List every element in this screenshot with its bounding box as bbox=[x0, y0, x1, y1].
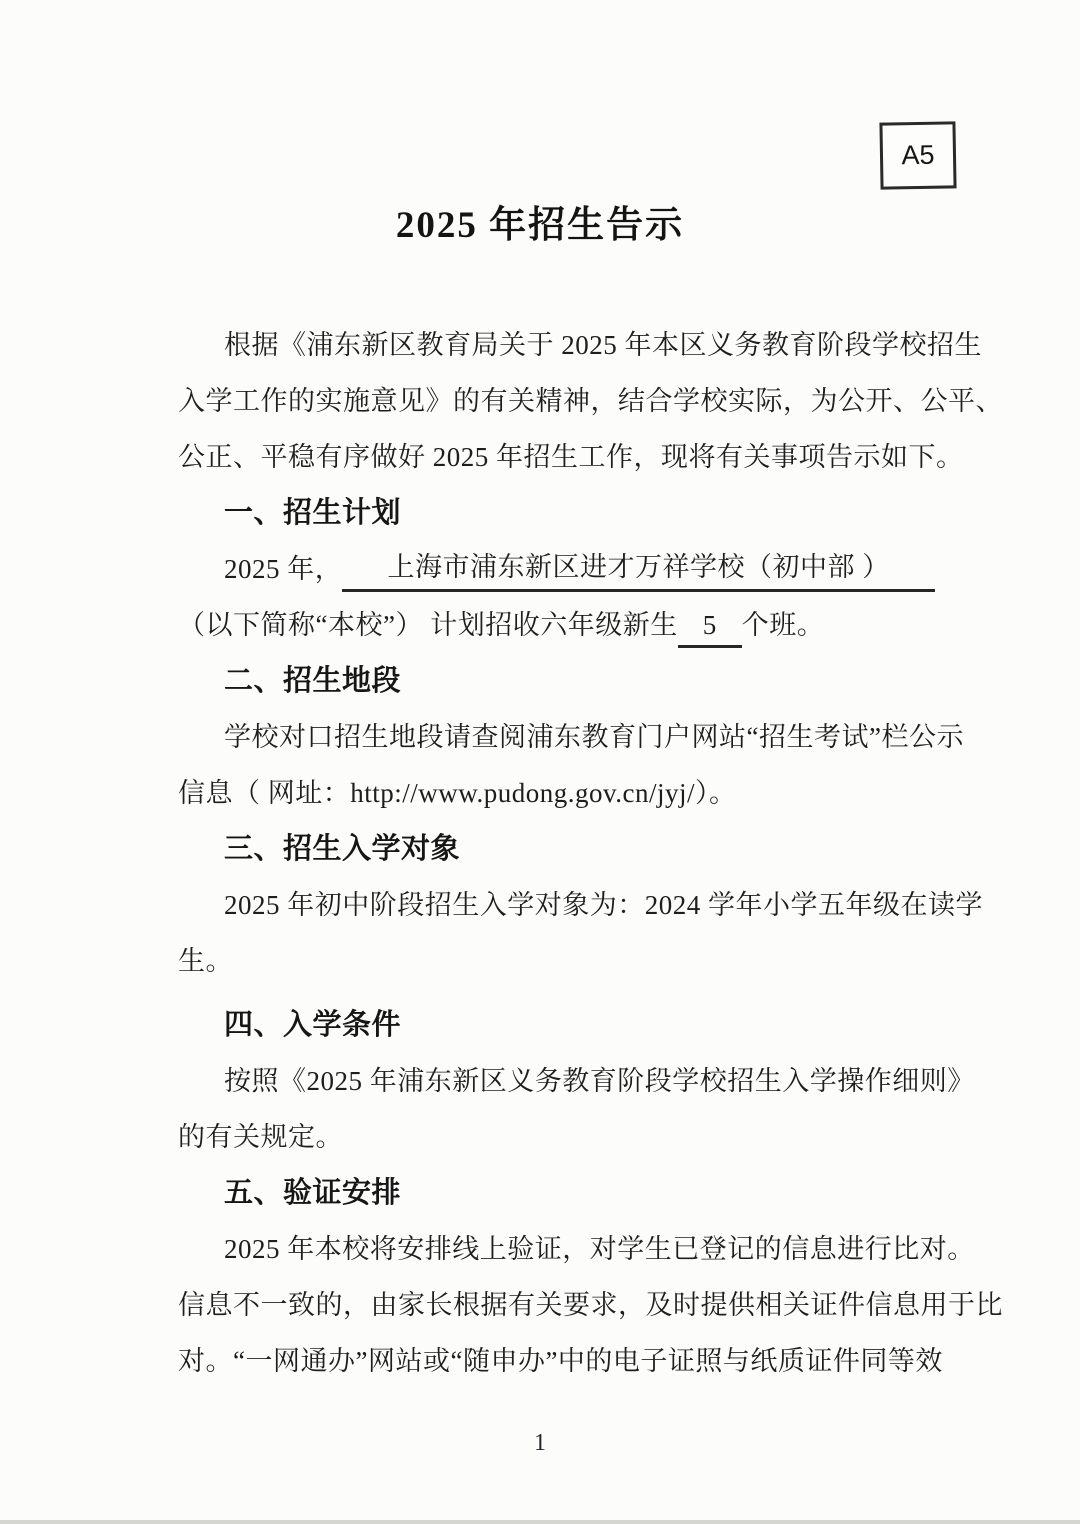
paper-size-stamp: A5 bbox=[879, 121, 956, 189]
school-name: 上海市浦东新区进才万祥学校（初中部 ） bbox=[388, 552, 890, 582]
page-number: 1 bbox=[0, 1428, 1080, 1458]
intro-line-3: 公正、平稳有序做好 2025 年招生工作，现将有关事项告示如下。 bbox=[178, 429, 935, 485]
class-count-line-post: 个班。 bbox=[742, 610, 825, 640]
school-line-prefix: 2025 年， bbox=[178, 541, 342, 597]
class-count-line-pre: （以下简称“本校”） 计划招收六年级新生 bbox=[178, 610, 678, 640]
document-body: 根据《浦东新区教育局关于 2025 年本区义务教育阶段学校招生 入学工作的实施意… bbox=[178, 317, 935, 1389]
section-3-line-2: 生。 bbox=[178, 933, 935, 989]
intro-line-2: 入学工作的实施意见》的有关精神，结合学校实际，为公开、公平、 bbox=[178, 373, 935, 429]
document-title: 2025 年招生告示 bbox=[0, 194, 1080, 248]
school-name-blank: 上海市浦东新区进才万祥学校（初中部 ） bbox=[342, 541, 935, 592]
section-5-line-2: 信息不一致的，由家长根据有关要求，及时提供相关证件信息用于比 bbox=[178, 1277, 935, 1333]
paper-size-label: A5 bbox=[901, 140, 935, 172]
section-4-heading: 四、入学条件 bbox=[178, 997, 935, 1053]
class-count-blank: 5 bbox=[678, 597, 742, 648]
document-page: A5 2025 年招生告示 根据《浦东新区教育局关于 2025 年本区义务教育阶… bbox=[0, 0, 1080, 1524]
section-5-line-3: 对。“一网通办”网站或“随申办”中的电子证照与纸质证件同等效 bbox=[178, 1333, 935, 1389]
section-4-line-1: 按照《2025 年浦东新区义务教育阶段学校招生入学操作细则》 bbox=[178, 1053, 935, 1109]
section-4-line-2: 的有关规定。 bbox=[178, 1109, 935, 1165]
scan-edge bbox=[0, 1520, 1080, 1524]
section-2-line-1: 学校对口招生地段请查阅浦东教育门户网站“招生考试”栏公示 bbox=[178, 709, 935, 765]
section-2-heading: 二、招生地段 bbox=[178, 653, 935, 709]
section-2-line-2: 信息（ 网址：http://www.pudong.gov.cn/jyj/）。 bbox=[178, 765, 935, 821]
section-5-line-1: 2025 年本校将安排线上验证，对学生已登记的信息进行比对。 bbox=[178, 1221, 935, 1277]
school-name-line: 2025 年， 上海市浦东新区进才万祥学校（初中部 ） bbox=[178, 541, 935, 597]
section-3-line-1: 2025 年初中阶段招生入学对象为：2024 学年小学五年级在读学 bbox=[178, 877, 935, 933]
section-1-heading: 一、招生计划 bbox=[178, 485, 935, 541]
section-5-heading: 五、验证安排 bbox=[178, 1165, 935, 1221]
class-count-line: （以下简称“本校”） 计划招收六年级新生5个班。 bbox=[178, 597, 935, 653]
section-3-heading: 三、招生入学对象 bbox=[178, 821, 935, 877]
intro-line-1: 根据《浦东新区教育局关于 2025 年本区义务教育阶段学校招生 bbox=[178, 317, 935, 373]
